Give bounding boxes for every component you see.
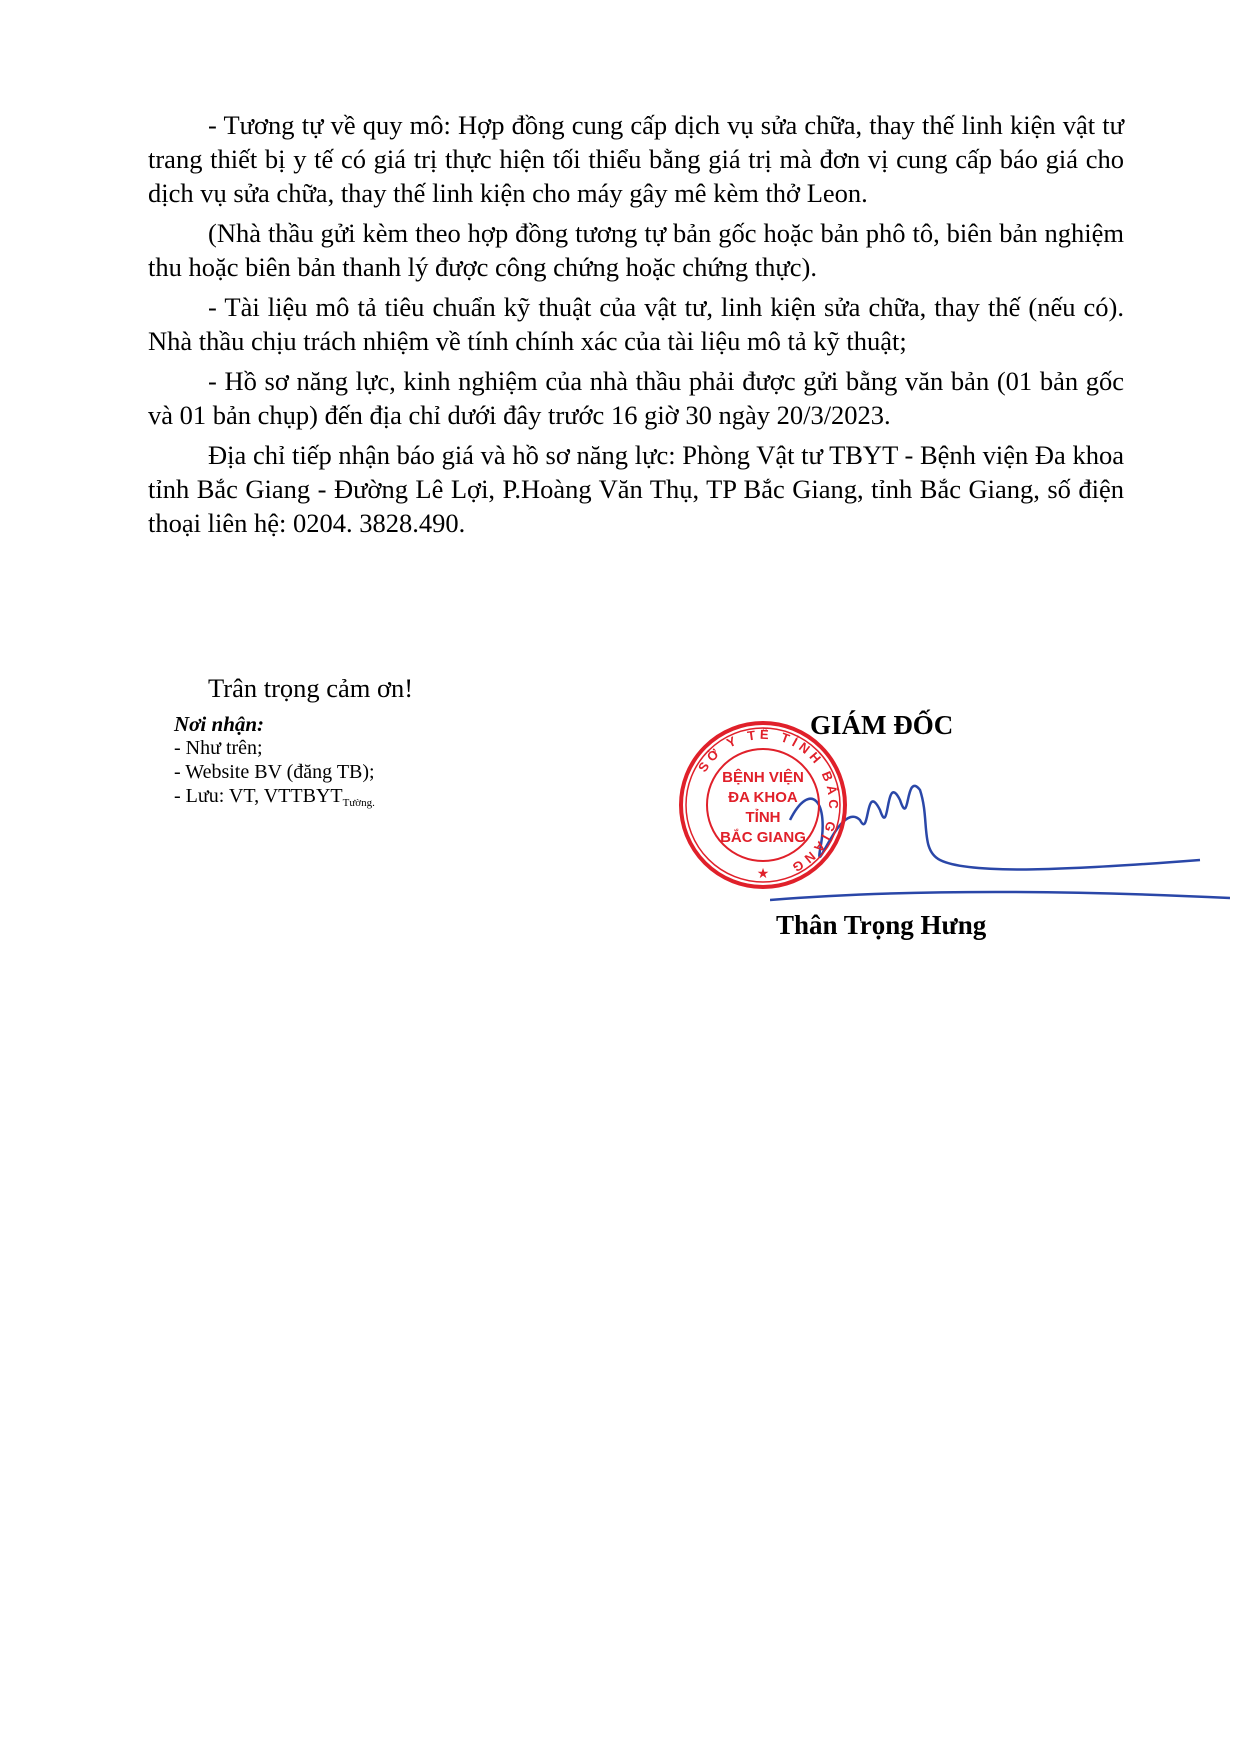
recipients-block: Nơi nhận: - Như trên; - Website BV (đăng… (174, 712, 375, 815)
signer-name: Thân Trọng Hưng (776, 910, 986, 941)
recipients-title: Nơi nhận: (174, 712, 375, 736)
paragraph-scale-requirement: - Tương tự về quy mô: Hợp đồng cung cấp … (148, 108, 1124, 210)
document-body: - Tương tự về quy mô: Hợp đồng cung cấp … (148, 108, 1124, 546)
paragraph-technical-docs: - Tài liệu mô tả tiêu chuẩn kỹ thuật của… (148, 290, 1124, 358)
svg-text:BẮC GIANG: BẮC GIANG (720, 828, 806, 846)
recipient-item: - Như trên; (174, 736, 375, 760)
paragraph-contract-attachment: (Nhà thầu gửi kèm theo hợp đồng tương tự… (148, 216, 1124, 284)
svg-text:TỈNH: TỈNH (746, 809, 781, 826)
drafter-note: Tường. (343, 797, 375, 809)
recipient-item-text: - Lưu: VT, VTTBYT (174, 785, 343, 807)
recipient-item: - Lưu: VT, VTTBYTTường. (174, 784, 375, 815)
recipient-item: - Website BV (đăng TB); (174, 760, 375, 784)
svg-text:BỆNH VIỆN: BỆNH VIỆN (722, 768, 804, 786)
paragraph-address: Địa chỉ tiếp nhận báo giá và hồ sơ năng … (148, 438, 1124, 540)
svg-text:★: ★ (757, 867, 770, 882)
paragraph-submission-deadline: - Hồ sơ năng lực, kinh nghiệm của nhà th… (148, 364, 1124, 432)
svg-text:ĐA KHOA: ĐA KHOA (728, 789, 798, 806)
document-page: - Tương tự về quy mô: Hợp đồng cung cấp … (0, 0, 1241, 1756)
closing-line: Trân trọng cảm ơn! (208, 673, 413, 704)
official-stamp-icon: SỞ Y TẾ TỈNH BẮC GIANG BỆNH VIỆN ĐA KHOA… (678, 720, 848, 890)
